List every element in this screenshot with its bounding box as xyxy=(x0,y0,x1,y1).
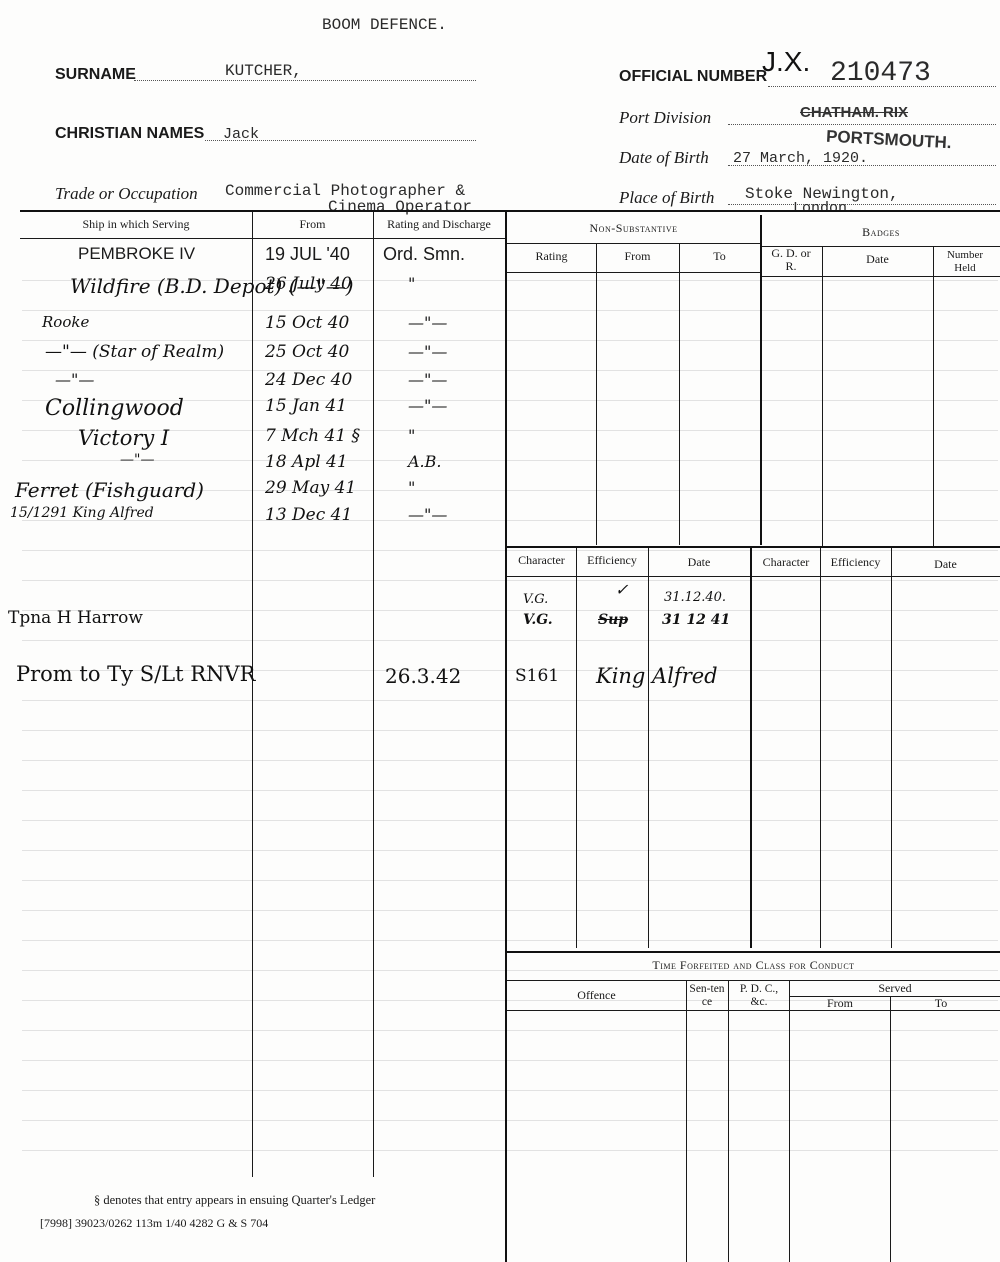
service-ship: —"— (Star of Realm) xyxy=(45,342,224,362)
ruled-line xyxy=(22,610,998,611)
service-rating: —"— xyxy=(408,313,447,332)
official-number-label: OFFICIAL NUMBER xyxy=(619,68,767,86)
note-line-2: Prom to Ty S/Lt RNVR xyxy=(16,662,255,686)
ruled-line xyxy=(22,790,998,791)
service-rating: Ord. Smn. xyxy=(383,244,465,265)
service-from: 25 Oct 40 xyxy=(265,342,349,362)
port-division-struck: CHATHAM. RIX xyxy=(800,104,908,121)
ns-col-2 xyxy=(679,243,680,545)
char-row-3-character: S161 xyxy=(515,666,559,686)
tf-col-1 xyxy=(686,980,687,1262)
char-col-2 xyxy=(648,548,649,948)
ruled-line xyxy=(22,580,998,581)
ruled-line xyxy=(22,640,998,641)
surname-label: SURNAME xyxy=(55,66,136,84)
time-forfeited-top-rule xyxy=(507,951,1000,953)
tf-header-rule xyxy=(507,1010,1000,1011)
top-rule xyxy=(20,210,1000,212)
ruled-line xyxy=(22,1030,998,1031)
official-number-prefix: J.X. xyxy=(762,46,810,78)
time-forfeited-title: Time Forfeited and Class for Conduct xyxy=(507,959,1000,972)
tf-header-served: Served xyxy=(790,982,1000,995)
service-from: 15 Jan 41 xyxy=(265,396,347,416)
badges-header-number: Number Held xyxy=(936,249,994,275)
service-from: 15 Oct 40 xyxy=(265,313,349,333)
ns-header-rating: Rating xyxy=(507,250,596,263)
ruled-line xyxy=(22,700,998,701)
service-from: 7 Mch 41 § xyxy=(265,426,360,446)
char2-header-character: Character xyxy=(752,556,820,569)
service-rating: A.B. xyxy=(408,452,441,471)
service-rating: —"— xyxy=(408,396,447,415)
service-header-rule xyxy=(20,238,506,239)
ruled-line xyxy=(22,520,998,521)
port-division-field-line xyxy=(728,124,996,125)
badges-header-rule xyxy=(762,276,1000,277)
ruled-line xyxy=(22,370,998,371)
header-ship: Ship in which Serving xyxy=(20,218,252,231)
badges-header-gd: G. D. or R. xyxy=(768,247,814,273)
col-divider-ship xyxy=(252,212,253,1177)
char2-header-efficiency: Efficiency xyxy=(820,556,891,569)
non-substantive-title: Non-Substantive xyxy=(507,222,760,235)
service-from: 26 July 40 xyxy=(265,274,352,294)
tf-header-sentence: Sen-tence xyxy=(688,983,726,1009)
service-ship: —"— xyxy=(120,452,154,468)
header-from: From xyxy=(252,218,373,231)
ruled-line xyxy=(22,1060,998,1061)
char-row-1-date: 31.12.40. xyxy=(664,590,726,605)
badges-header-date: Date xyxy=(822,253,933,266)
char-col-1 xyxy=(576,548,577,948)
dob-value: 27 March, 1920. xyxy=(733,150,868,167)
ruled-line xyxy=(22,820,998,821)
character-header-rule xyxy=(507,576,1000,577)
port-division-label: Port Division xyxy=(619,108,711,128)
ns-header-to: To xyxy=(679,250,760,263)
ruled-line xyxy=(22,460,998,461)
service-ship: —"— xyxy=(55,370,94,389)
char-header-date: Date xyxy=(648,556,750,569)
char-header-character: Character xyxy=(507,554,576,567)
service-rating: " xyxy=(408,478,415,497)
badges-col-2 xyxy=(933,246,934,546)
character-top-rule xyxy=(507,546,1000,548)
service-from: 19 JUL '40 xyxy=(265,244,350,265)
service-rating: " xyxy=(408,426,415,445)
ruled-line xyxy=(22,850,998,851)
badges-col-1 xyxy=(822,246,823,546)
print-code: [7998] 39023/0262 113m 1/40 4282 G & S 7… xyxy=(40,1216,268,1231)
char2-header-date: Date xyxy=(891,558,1000,571)
pob-field-line xyxy=(728,204,996,205)
ruled-line xyxy=(22,880,998,881)
christian-names-label: CHRISTIAN NAMES xyxy=(55,125,204,143)
document-title: BOOM DEFENCE. xyxy=(322,16,447,34)
note-line-1: Tpna H Harrow xyxy=(8,608,143,628)
pob-value-line2: London. xyxy=(793,200,856,217)
tf-col-4 xyxy=(890,996,891,1262)
service-rating: —"— xyxy=(408,505,447,524)
service-from: 29 May 41 xyxy=(265,478,356,498)
service-rating: " xyxy=(408,274,415,293)
service-ship: PEMBROKE IV xyxy=(78,244,195,264)
official-number-value: 210473 xyxy=(830,58,931,89)
tf-col-3 xyxy=(789,980,790,1262)
tf-header-from: From xyxy=(790,997,890,1010)
ruled-line xyxy=(22,760,998,761)
ns-col-1 xyxy=(596,243,597,545)
ruled-line xyxy=(22,310,998,311)
char2-col-2 xyxy=(891,548,892,948)
char-row-1-efficiency: ✓ xyxy=(615,580,628,599)
char-row-1-character: V.G. xyxy=(523,592,548,607)
ruled-line xyxy=(22,940,998,941)
char-row-2-efficiency: Sup xyxy=(598,612,628,628)
tf-col-2 xyxy=(728,980,729,1262)
dob-label: Date of Birth xyxy=(619,148,709,168)
tf-title-rule xyxy=(507,980,1000,981)
char2-col-1 xyxy=(820,548,821,948)
service-ship: Ferret (Fishguard) xyxy=(15,478,204,502)
ruled-line xyxy=(22,1120,998,1121)
promotion-date: 26.3.42 xyxy=(385,664,461,688)
tf-header-offence: Offence xyxy=(507,989,686,1002)
badges-divider xyxy=(760,215,762,545)
char-row-3-efficiency: King Alfred xyxy=(596,664,718,688)
footer-note: § denotes that entry appears in ensuing … xyxy=(94,1193,375,1208)
char-divider xyxy=(750,548,752,948)
surname-field-line xyxy=(134,80,476,81)
ruled-line xyxy=(22,910,998,911)
col-divider-from xyxy=(373,212,374,1177)
badges-title: Badges xyxy=(762,226,1000,239)
service-ship: Rooke xyxy=(42,313,89,331)
service-rating: —"— xyxy=(408,342,447,361)
trade-value-line2: Cinema Operator xyxy=(328,198,472,216)
service-from: 18 Apl 41 xyxy=(265,452,348,472)
ns-header-rule xyxy=(507,272,760,273)
ns-title-rule xyxy=(507,243,760,244)
service-rating: —"— xyxy=(408,370,447,389)
service-ship: 15/1291 King Alfred xyxy=(10,505,154,521)
ruled-line xyxy=(22,550,998,551)
char-header-efficiency: Efficiency xyxy=(576,554,648,567)
service-ship: Victory I xyxy=(78,426,169,450)
col-divider-main xyxy=(505,212,507,1262)
trade-label: Trade or Occupation xyxy=(55,184,198,204)
surname-value: KUTCHER, xyxy=(225,62,302,80)
char-row-2-date: 31 12 41 xyxy=(662,612,730,628)
ruled-line xyxy=(22,1150,998,1151)
header-rating: Rating and Discharge xyxy=(373,218,505,231)
tf-header-to: To xyxy=(891,997,991,1010)
tf-header-pd: P. D. C., &c. xyxy=(730,983,788,1009)
service-ship: Collingwood xyxy=(45,396,184,421)
ns-header-from: From xyxy=(596,250,679,263)
service-from: 13 Dec 41 xyxy=(265,505,352,525)
pob-label: Place of Birth xyxy=(619,188,714,208)
ruled-line xyxy=(22,1090,998,1091)
ruled-line xyxy=(22,730,998,731)
char-row-2-character: V.G. xyxy=(523,612,553,628)
service-from: 24 Dec 40 xyxy=(265,370,352,390)
christian-names-value: Jack xyxy=(223,126,259,143)
ruled-line xyxy=(22,340,998,341)
